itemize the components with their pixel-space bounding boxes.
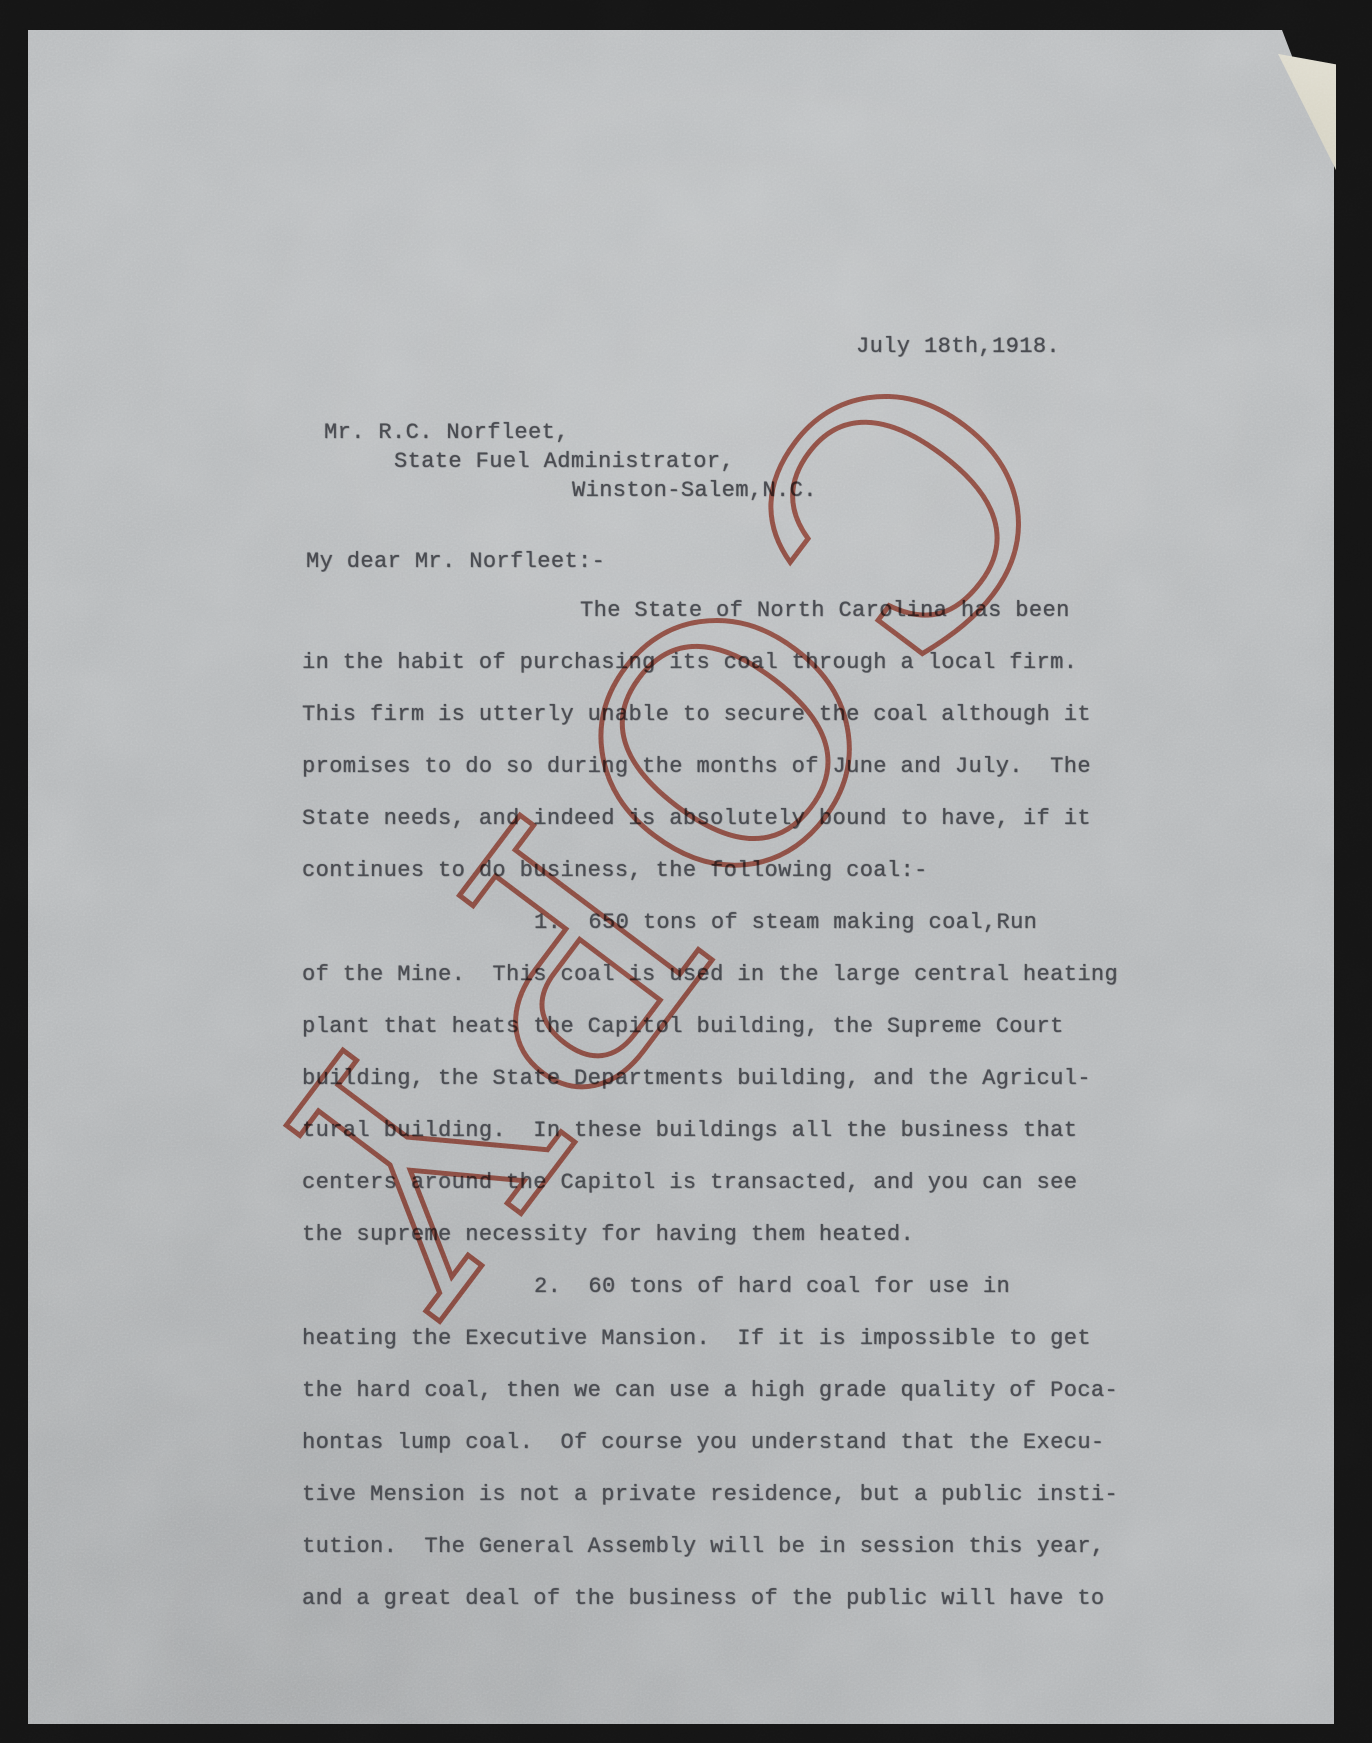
body-line: tural building. In these buildings all t… — [302, 1105, 1222, 1157]
letter-date: July 18th,1918. — [856, 334, 1060, 359]
scanned-letter: July 18th,1918. Mr. R.C. Norfleet, State… — [0, 0, 1372, 1743]
body-line: hontas lump coal. Of course you understa… — [302, 1417, 1222, 1469]
recipient-title: State Fuel Administrator, — [324, 447, 817, 476]
body-line: tution. The General Assembly will be in … — [302, 1521, 1222, 1573]
body-line: promises to do so during the months of J… — [302, 741, 1222, 793]
body-line: continues to do business, the following … — [302, 845, 1222, 897]
body-line: the hard coal, then we can use a high gr… — [302, 1365, 1222, 1417]
body-line: of the Mine. This coal is used in the la… — [302, 949, 1222, 1001]
body-line: This firm is utterly unable to secure th… — [302, 689, 1222, 741]
recipient-name: Mr. R.C. Norfleet, — [324, 418, 817, 447]
recipient-location: Winston-Salem,N.C. — [324, 476, 817, 505]
body-line: in the habit of purchasing its coal thro… — [302, 637, 1222, 689]
recipient-block: Mr. R.C. Norfleet, State Fuel Administra… — [324, 418, 817, 505]
body-line: and a great deal of the business of the … — [302, 1573, 1222, 1625]
body-line: The State of North Carolina has been — [302, 585, 1222, 637]
paper-sheet: July 18th,1918. Mr. R.C. Norfleet, State… — [28, 30, 1334, 1724]
salutation: My dear Mr. Norfleet:- — [306, 549, 605, 574]
body-line: plant that heats the Capitol building, t… — [302, 1001, 1222, 1053]
body-line: heating the Executive Mansion. If it is … — [302, 1313, 1222, 1365]
letter-body: The State of North Carolina has been in … — [302, 585, 1222, 1625]
body-line: tive Mension is not a private residence,… — [302, 1469, 1222, 1521]
body-line: building, the State Departments building… — [302, 1053, 1222, 1105]
body-line: 2. 60 tons of hard coal for use in — [302, 1261, 1222, 1313]
body-line: centers around the Capitol is transacted… — [302, 1157, 1222, 1209]
body-line: State needs, and indeed is absolutely bo… — [302, 793, 1222, 845]
body-line: the supreme necessity for having them he… — [302, 1209, 1222, 1261]
body-line: 1. 650 tons of steam making coal,Run — [302, 897, 1222, 949]
